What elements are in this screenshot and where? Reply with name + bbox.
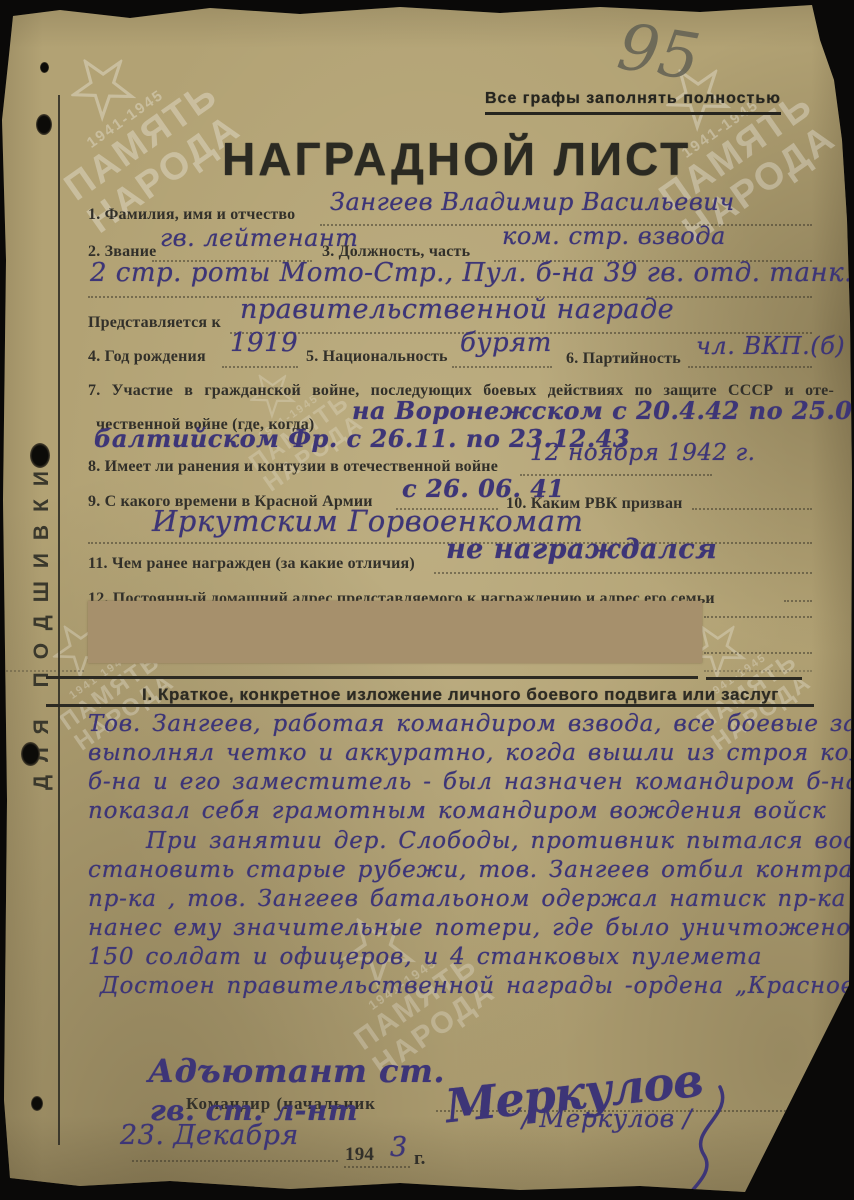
document-title: НАГРАДНОЙ ЛИСТ <box>222 132 691 186</box>
section-divider <box>46 704 814 707</box>
punch-hole <box>40 62 49 73</box>
signature-flourish <box>668 1085 738 1200</box>
field11-label: 11. Чем ранее награжден (за какие отличи… <box>88 555 415 573</box>
story-line: При занятии дер. Слободы, противник пыта… <box>146 828 854 854</box>
year-suffix: г. <box>414 1148 426 1170</box>
presented-value: правительственной награде <box>240 294 674 325</box>
fill-line <box>704 652 812 654</box>
fill-line <box>344 1166 410 1168</box>
fill-line <box>132 1160 338 1162</box>
fill-line <box>688 366 812 368</box>
date-day-month: 23. Декабря <box>120 1120 299 1151</box>
paper-sheet: 1941-1945 ПАМЯТЬ НАРОДА 1941-1945 ПАМЯТЬ… <box>0 0 854 1200</box>
story-line: пр-ка , тов. Зангеев батальоном одержал … <box>88 886 854 912</box>
field1-value: Зангеев Владимир Васильевич <box>330 188 735 216</box>
fill-line <box>6 670 84 672</box>
year-printed: 194 <box>345 1144 374 1166</box>
field10-value: Иркутским Горвоенкомат <box>152 504 583 538</box>
field6-value: чл. ВКП.(б) <box>696 332 845 360</box>
field6-label: 6. Партийность <box>566 350 681 368</box>
page-number: 95 <box>613 10 705 96</box>
section-divider <box>706 677 802 680</box>
story-line: 150 солдат и офицеров, и 4 станковых пул… <box>88 944 762 970</box>
field3-value: ком. стр. взвода <box>502 222 726 250</box>
year-hand: 3 <box>390 1132 408 1163</box>
field4-label: 4. Год рождения <box>88 348 206 366</box>
presented-label: Представляется к <box>88 314 221 332</box>
field5-value: бурят <box>460 328 552 358</box>
watermark-line1: ПАМЯТЬ <box>58 75 225 209</box>
story-line: Достоен правительственной награды -орден… <box>100 973 854 999</box>
story-line: б-на и его заместитель - был назначен ко… <box>88 769 854 795</box>
field8-value: 12 ноября 1942 г. <box>530 440 755 466</box>
fill-line <box>704 670 812 672</box>
story-line: нанес ему значительные потери, где было … <box>88 915 854 941</box>
section1-heading: I. Краткое, конкретное изложение личного… <box>142 685 779 705</box>
redacted-address-block <box>88 601 702 663</box>
watermark-years: 1941-1945 <box>84 86 167 151</box>
story-line: Тов. Зангеев, работая командиром взвода,… <box>88 711 854 737</box>
field1-label: 1. Фамилия, имя и отчество <box>88 206 295 224</box>
story-line: становить старые рубежи, тов. Зангеев от… <box>88 857 854 883</box>
story-line: показал себя грамотным командиром вожден… <box>88 798 826 824</box>
punch-hole <box>30 443 50 468</box>
field3-value-line2: 2 стр. роты Мото-Стр., Пул. б-на 39 гв. … <box>90 258 854 288</box>
fill-line <box>434 572 812 574</box>
name-in-parens: / Меркулов / <box>522 1104 692 1133</box>
field5-label: 5. Национальность <box>306 348 448 366</box>
story-line: выполнял четко и аккуратно, когда вышли … <box>88 740 854 766</box>
field4-value: 1919 <box>230 328 298 358</box>
field11-value: не награждался <box>446 534 717 565</box>
punch-hole <box>36 114 52 135</box>
fill-line <box>784 600 812 602</box>
fill-line <box>452 366 552 368</box>
fill-line <box>704 616 812 618</box>
punch-hole <box>31 1096 43 1111</box>
fill-line <box>692 508 812 510</box>
fill-line <box>222 366 298 368</box>
star-icon <box>58 42 144 128</box>
section-divider <box>46 676 698 679</box>
fill-all-fields-stamp: Все графы заполнять полностью <box>485 90 781 115</box>
adjutant-line: Адъютант ст. <box>148 1052 445 1090</box>
field7-value: на Воронежском с 20.4.42 по 25.07.43 , 1… <box>352 396 854 425</box>
margin-rule <box>58 95 60 1145</box>
scanned-document: 1941-1945 ПАМЯТЬ НАРОДА 1941-1945 ПАМЯТЬ… <box>0 0 854 1200</box>
punch-hole <box>21 742 40 766</box>
